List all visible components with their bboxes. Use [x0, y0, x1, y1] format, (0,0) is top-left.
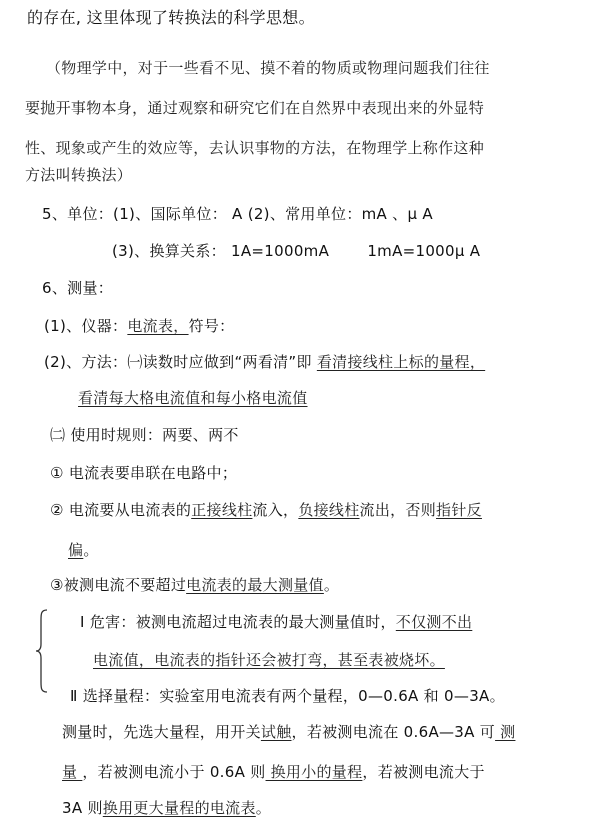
range-l2-b: ，若被测电流大于: [362, 763, 484, 781]
curly-brace-icon: [34, 608, 50, 694]
instrument-prefix: (1)、仪器：: [44, 317, 127, 335]
rule1-key: 串联: [130, 464, 161, 482]
intro-line-2: 要抛开事物本身，通过观察和研究它们在自然界中表现出来的外显特: [25, 98, 484, 118]
intro-line-0: 的存在, 这里体现了转换法的科学思想。: [27, 8, 315, 28]
range-line-2: 量 ，若被测电流小于 0.6A 则 换用小的量程，若被测电流大于: [62, 762, 485, 782]
range-l2-answer: 量: [62, 763, 82, 781]
hazard-prefix: Ⅰ 危害：被测电流超过电流表的最大测量值时，: [80, 613, 396, 631]
range-l1-b: ，若被测电流在 0.6A—3A 可: [292, 723, 496, 741]
intro-line-1: （物理学中，对于一些看不见、摸不着的物质或物理问题我们往往: [46, 58, 490, 78]
range-l3-a: 3A 则: [62, 799, 103, 817]
instrument-suffix: 符号：: [189, 317, 235, 335]
hazard-line-2: 电流值，电流表的指针还会被打弯，甚至表被烧坏。: [93, 650, 445, 670]
rule2-mid-1: 流入，: [252, 501, 298, 519]
units-conversion: (3)、换算关系： 1A=1000mA 1mA=1000μ A: [112, 241, 480, 261]
method-answer-2: 看清每大格电流值和每小格电流值: [78, 389, 308, 407]
rule3-answer: 电流表的最大测量值: [186, 576, 324, 594]
range-l3-end: 。: [256, 799, 271, 817]
intro-line-4: 方法叫转换法）: [25, 165, 132, 185]
hazard-answer-2: 电流值，电流表的指针还会被打弯，甚至表被烧坏。: [93, 651, 445, 669]
rule1-prefix: ① 电流表要: [50, 464, 130, 482]
range-l3-answer: 换用更大量程的电流表: [103, 799, 256, 817]
method-answer-1: 看清接线柱上标的量程，: [317, 353, 485, 371]
rule2-answer-2: 负接线柱: [298, 501, 359, 519]
rule-1: ① 电流表要串联在电路中；: [50, 463, 237, 483]
range-line-1: 测量时，先选大量程，用开关试触，若被测电流在 0.6A—3A 可 测: [62, 722, 515, 742]
rule1-suffix: 在电路中；: [161, 464, 238, 482]
rule-2-cont: 偏。: [68, 540, 99, 560]
intro-line-3: 性、现象或产生的效应等，去认识事物的方法，在物理学上称作这种: [25, 138, 484, 158]
range-l1-a: 测量时，先选大量程，用开关: [62, 723, 261, 741]
hazard-line-1: Ⅰ 危害：被测电流超过电流表的最大测量值时，不仅测不出: [80, 612, 472, 632]
rule3-prefix: ③被测电流不要超过: [50, 576, 186, 594]
hazard-answer-1: 不仅测不出: [396, 613, 473, 631]
rule-2: ② 电流要从电流表的正接线柱流入，负接线柱流出，否则指针反: [50, 500, 482, 520]
rule2-prefix: ② 电流要从电流表的: [50, 501, 191, 519]
rule2-answer-3a: 指针反: [436, 501, 482, 519]
rule-3: ③被测电流不要超过电流表的最大测量值。: [50, 575, 339, 595]
range-l1-answer: 试触: [261, 723, 292, 741]
range-line-3: 3A 则换用更大量程的电流表。: [62, 798, 271, 818]
range-l2-a: ，若被测电流小于 0.6A 则: [82, 763, 265, 781]
rule2-end: 。: [83, 541, 98, 559]
conversion-1: 1A=1000mA: [231, 242, 329, 260]
method-prefix: (2)、方法：㈠读数时应做到“两看清”即: [44, 353, 317, 371]
instrument-answer: 电流表，: [127, 317, 188, 335]
method-line-2: 看清每大格电流值和每小格电流值: [78, 388, 308, 408]
units-heading: 5、单位：(1)、国际单位： A (2)、常用单位：mA 、μ A: [42, 204, 433, 224]
rules-heading: ㈡ 使用时规则：两要、两不: [50, 425, 239, 445]
rule3-end: 。: [324, 576, 339, 594]
conversion-label: (3)、换算关系：: [112, 242, 226, 260]
instrument-line: (1)、仪器：电流表，符号：: [44, 316, 234, 336]
rule2-answer-1: 正接线柱: [191, 501, 252, 519]
rule2-mid-2: 流出，否则: [360, 501, 437, 519]
method-line-1: (2)、方法：㈠读数时应做到“两看清”即 看清接线柱上标的量程，: [44, 352, 485, 372]
measure-heading: 6、测量：: [42, 278, 113, 298]
range-l2-answer-2: 换用小的量程: [266, 763, 363, 781]
conversion-2: 1mA=1000μ A: [367, 242, 480, 260]
range-l1-answer-2: 测: [495, 723, 515, 741]
range-heading: Ⅱ 选择量程：实验室用电流表有两个量程，0—0.6A 和 0—3A。: [70, 686, 505, 706]
rule2-answer-3b: 偏: [68, 541, 83, 559]
